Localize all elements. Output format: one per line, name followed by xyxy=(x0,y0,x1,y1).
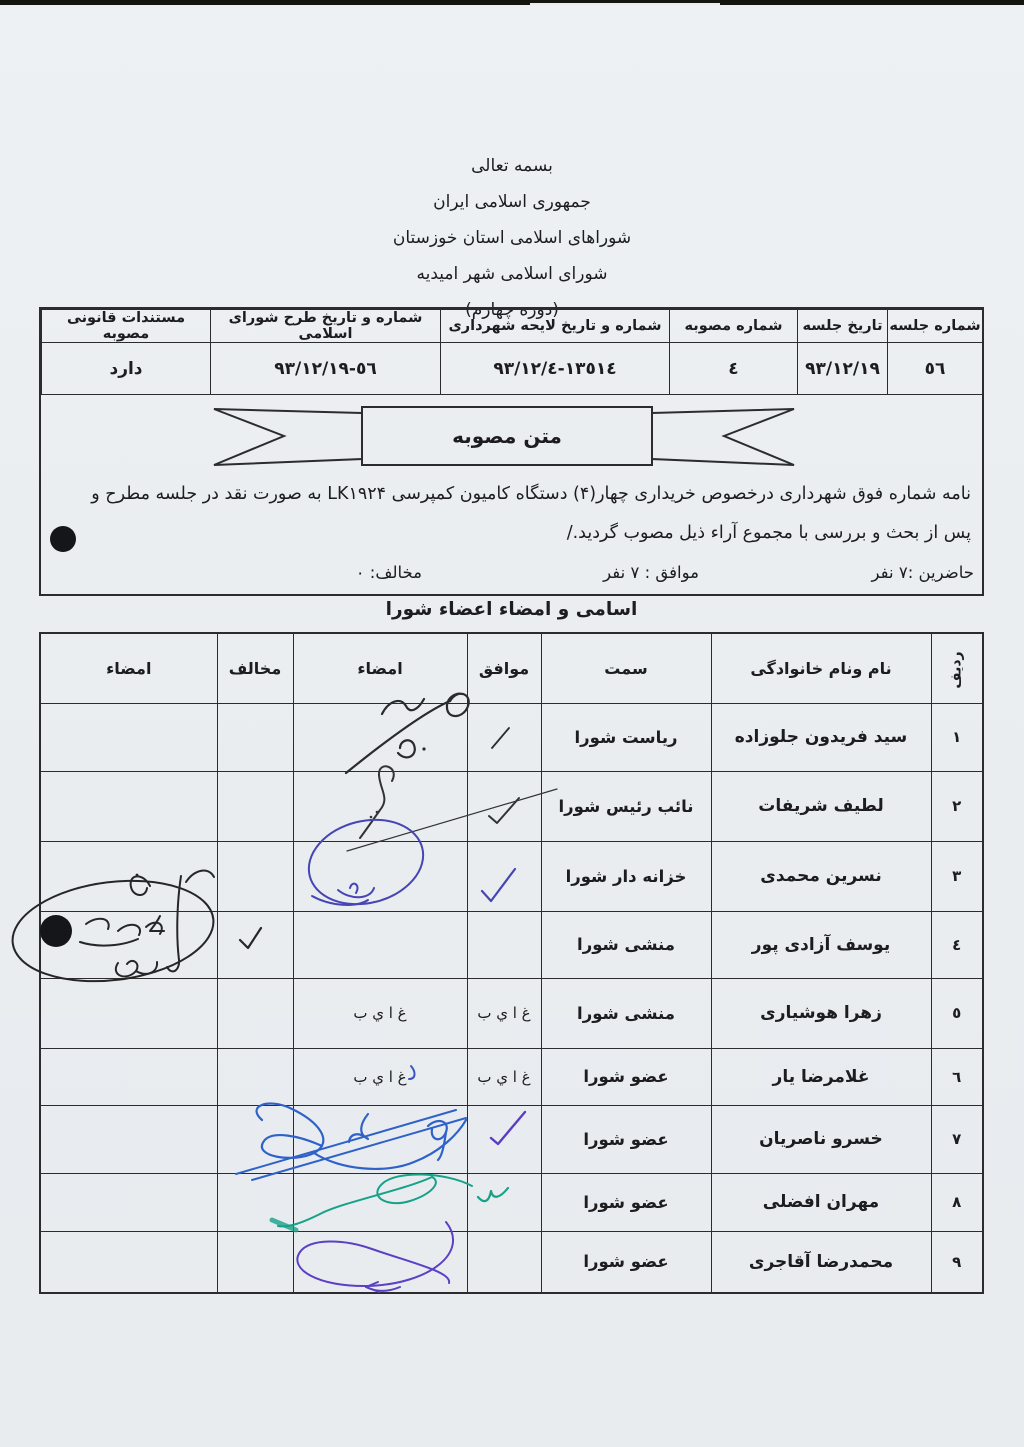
agree-cell xyxy=(467,911,541,978)
oppose-cell xyxy=(217,911,293,978)
signature-cell: غ ا ي ب xyxy=(293,978,467,1048)
member-row: ۲ لطیف شریفات نائب رئیس شورا xyxy=(40,771,983,841)
member-post: نائب رئیس شورا xyxy=(541,771,711,841)
ribbon-banner: متن مصوبه xyxy=(41,401,982,479)
letterhead: بسمه تعالی جمهوری اسلامی ایران شوراهای ا… xyxy=(0,148,1024,328)
member-name: محمدرضا آقاجری xyxy=(711,1231,931,1293)
meta-table: شماره جلسه تاریخ جلسه شماره مصوبه شماره … xyxy=(41,309,983,395)
signature-cell xyxy=(293,703,467,771)
member-name: نسرین محمدی xyxy=(711,841,931,911)
meta-value-session-date: ۹۳/۱۲/۱۹ xyxy=(798,343,888,395)
col-header-agree: موافق xyxy=(467,633,541,703)
resolution-box: شماره جلسه تاریخ جلسه شماره مصوبه شماره … xyxy=(39,307,984,596)
member-row: ٦ غلامرضا یار عضو شورا غ ا ي ب غ ا ي ب xyxy=(40,1048,983,1105)
row-no: ۱ xyxy=(931,703,983,771)
member-name: غلامرضا یار xyxy=(711,1048,931,1105)
row-no: ۲ xyxy=(931,771,983,841)
meta-header-resolution-no: شماره مصوبه xyxy=(670,310,798,343)
oppose-cell xyxy=(217,978,293,1048)
resolution-line2: پس از بحث و بررسی با مجموع آراء ذیل مصوب… xyxy=(567,523,971,543)
agree-cell xyxy=(467,841,541,911)
vote-summary: حاضرین :۷ نفر موافق : ۷ نفر مخالف: ۰ xyxy=(41,563,982,589)
member-post: عضو شورا xyxy=(541,1231,711,1293)
member-row: ۷ خسرو ناصریان عضو شورا xyxy=(40,1105,983,1173)
row-no: ۷ xyxy=(931,1105,983,1173)
signature-cell-2 xyxy=(40,978,217,1048)
agree-cell xyxy=(467,703,541,771)
signature-cell-2 xyxy=(40,841,217,911)
row-no: ۸ xyxy=(931,1173,983,1231)
document-page: بسمه تعالی جمهوری اسلامی ایران شوراهای ا… xyxy=(0,0,1024,1447)
letterhead-line: شوراهای اسلامی استان خوزستان xyxy=(0,220,1024,256)
col-header-post: سمت xyxy=(541,633,711,703)
member-name: خسرو ناصریان xyxy=(711,1105,931,1173)
truck-model: LK۱۹۲۴ xyxy=(327,484,386,504)
signature-cell-2 xyxy=(40,1048,217,1105)
meta-value-session-no: ٥٦ xyxy=(888,343,983,395)
agree-cell xyxy=(467,771,541,841)
members-table: ردیف نام ونام خانوادگی سمت موافق امضاء م… xyxy=(39,632,984,1294)
letterhead-line: جمهوری اسلامی ایران xyxy=(0,184,1024,220)
signature-cell xyxy=(293,1231,467,1293)
col-header-row-no: ردیف xyxy=(931,633,983,703)
signature-cell xyxy=(293,911,467,978)
oppose-cell xyxy=(217,1048,293,1105)
signature-cell-2 xyxy=(40,703,217,771)
letterhead-line: بسمه تعالی xyxy=(0,148,1024,184)
member-post: عضو شورا xyxy=(541,1173,711,1231)
row-no: ٦ xyxy=(931,1048,983,1105)
row-no: ٥ xyxy=(931,978,983,1048)
meta-header-session-no: شماره جلسه xyxy=(888,310,983,343)
meta-header-plan-no-date: شماره و تاریخ طرح شورای اسلامی xyxy=(211,310,441,343)
oppose-cell xyxy=(217,1105,293,1173)
signature-cell-2 xyxy=(40,911,217,978)
member-post: خزانه دار شورا xyxy=(541,841,711,911)
resolution-line1-tail: به صورت نقد در جلسه مطرح و xyxy=(91,484,327,504)
meta-value-bill-no-date: ۹۳/۱۲/٤-۱۳٥۱٤ xyxy=(441,343,670,395)
oppose-count: مخالف: ۰ xyxy=(356,563,422,582)
signature-cell: غ ا ي ب xyxy=(293,1048,467,1105)
member-row: ٤ یوسف آزادی پور منشی شورا xyxy=(40,911,983,978)
col-header-oppose: مخالف xyxy=(217,633,293,703)
member-row: ٥ زهرا هوشیاری منشی شورا غ ا ي ب غ ا ي ب xyxy=(40,978,983,1048)
agree-cell xyxy=(467,1105,541,1173)
members-title: اسامی و امضاء اعضاء شورا xyxy=(40,599,983,620)
member-post: ریاست شورا xyxy=(541,703,711,771)
meta-header-legal-docs: مستندات قانونی مصوبه xyxy=(42,310,211,343)
agree-cell: غ ا ي ب xyxy=(467,978,541,1048)
ribbon-title: متن مصوبه xyxy=(362,407,652,465)
member-post: عضو شورا xyxy=(541,1048,711,1105)
row-no: ٤ xyxy=(931,911,983,978)
agree-cell: غ ا ي ب xyxy=(467,1048,541,1105)
signature-cell xyxy=(293,1173,467,1231)
col-header-signature-2: امضاء xyxy=(40,633,217,703)
member-name: سید فریدون جلوزاده xyxy=(711,703,931,771)
oppose-cell xyxy=(217,771,293,841)
meta-header-bill-no-date: شماره و تاریخ لایحه شهرداری xyxy=(441,310,670,343)
signature-cell xyxy=(293,771,467,841)
meta-value-resolution-no: ٤ xyxy=(670,343,798,395)
col-header-name: نام ونام خانوادگی xyxy=(711,633,931,703)
meta-value-legal-docs: دارد xyxy=(42,343,211,395)
row-no: ۹ xyxy=(931,1231,983,1293)
oppose-cell xyxy=(217,841,293,911)
member-name: زهرا هوشیاری xyxy=(711,978,931,1048)
signature-cell-2 xyxy=(40,1105,217,1173)
letterhead-line: شورای اسلامی شهر امیدیه xyxy=(0,256,1024,292)
member-row: ۹ محمدرضا آقاجری عضو شورا xyxy=(40,1231,983,1293)
member-name: مهران افضلی xyxy=(711,1173,931,1231)
resolution-line1: نامه شماره فوق شهرداری درخصوص خریداری چه… xyxy=(386,484,971,504)
col-header-signature: امضاء xyxy=(293,633,467,703)
member-row: ۱ سید فریدون جلوزاده ریاست شورا xyxy=(40,703,983,771)
oppose-cell xyxy=(217,1231,293,1293)
signature-cell-2 xyxy=(40,1231,217,1293)
signature-cell-2 xyxy=(40,1173,217,1231)
resolution-text: نامه شماره فوق شهرداری درخصوص خریداری چه… xyxy=(51,475,971,553)
member-name: لطیف شریفات xyxy=(711,771,931,841)
members-header-row: ردیف نام ونام خانوادگی سمت موافق امضاء م… xyxy=(40,633,983,703)
present-count: حاضرین :۷ نفر xyxy=(872,563,974,582)
member-post: عضو شورا xyxy=(541,1105,711,1173)
agree-cell xyxy=(467,1173,541,1231)
member-post: منشی شورا xyxy=(541,978,711,1048)
signature-cell xyxy=(293,1105,467,1173)
scan-edge xyxy=(0,0,1024,5)
oppose-cell xyxy=(217,1173,293,1231)
signature-cell xyxy=(293,841,467,911)
member-row: ۸ مهران افضلی عضو شورا xyxy=(40,1173,983,1231)
member-post: منشی شورا xyxy=(541,911,711,978)
oppose-cell xyxy=(217,703,293,771)
meta-value-plan-no-date: ۹۳/۱۲/۱۹-٥٦ xyxy=(211,343,441,395)
signature-cell-2 xyxy=(40,771,217,841)
agree-cell xyxy=(467,1231,541,1293)
agree-count: موافق : ۷ نفر xyxy=(603,563,699,582)
member-row: ۳ نسرین محمدی خزانه دار شورا xyxy=(40,841,983,911)
meta-header-session-date: تاریخ جلسه xyxy=(798,310,888,343)
member-name: یوسف آزادی پور xyxy=(711,911,931,978)
row-no: ۳ xyxy=(931,841,983,911)
